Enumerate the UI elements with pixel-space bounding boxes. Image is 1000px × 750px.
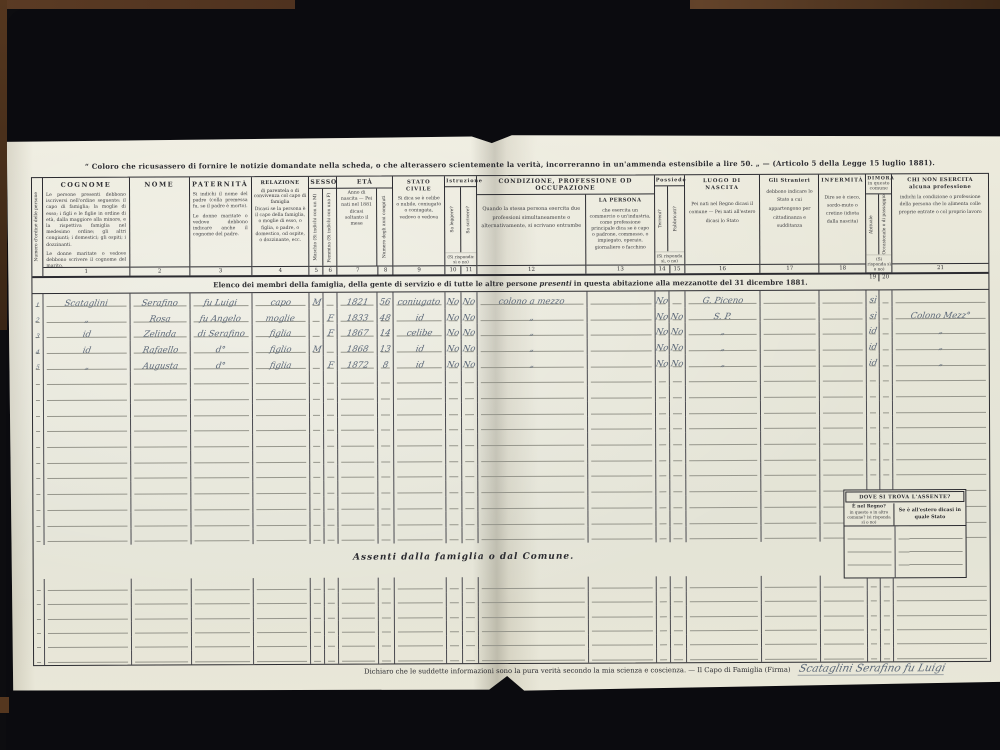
table-cell	[324, 371, 338, 387]
table-cell	[311, 578, 325, 592]
handwritten-entry: No	[446, 314, 460, 323]
handwritten-entry: 1872	[346, 361, 369, 370]
table-cell: No	[655, 338, 669, 354]
table-cell	[671, 648, 687, 662]
table-cell	[191, 481, 253, 497]
table-cell: sì	[867, 290, 880, 306]
table-cell	[339, 528, 379, 544]
table-cell	[132, 579, 192, 594]
table-cell	[252, 402, 310, 418]
table-cell	[34, 608, 45, 622]
table-cell: „	[685, 338, 761, 354]
table-cell: No	[655, 291, 669, 307]
col-femmina-label: Femmina (Si indichi con una F)	[327, 192, 332, 262]
col-stato-civile-desc: Si dica se è celibe o nubile, coniugato …	[393, 194, 444, 265]
table-cell	[395, 635, 447, 649]
table-cell	[394, 402, 446, 418]
table-cell	[762, 447, 821, 463]
table-cell	[447, 635, 463, 649]
col-number: 16	[685, 265, 760, 273]
handwritten-entry: M	[311, 299, 321, 308]
table-cell	[867, 384, 880, 400]
handwritten-entry: di Serafino	[196, 331, 245, 340]
table-cell	[880, 322, 893, 338]
table-cell	[311, 496, 325, 512]
table-cell	[880, 463, 893, 479]
table-cell	[33, 388, 44, 404]
table-cell	[378, 402, 394, 418]
table-cell: di Serafino	[190, 324, 252, 340]
table-cell	[447, 578, 463, 592]
table-cell	[324, 418, 338, 434]
table-cell	[894, 590, 990, 605]
table-cell	[463, 649, 479, 663]
table-cell	[34, 594, 45, 608]
table-cell	[671, 634, 687, 648]
handwritten-entry: No	[446, 330, 460, 339]
table-cell: No	[462, 323, 478, 339]
table-cell	[325, 607, 339, 621]
handwritten-entry: id	[868, 359, 878, 368]
table-cell: 14	[378, 324, 394, 340]
table-cell	[311, 607, 325, 621]
table-cell	[880, 400, 893, 416]
table-cell	[191, 497, 253, 513]
table-cell	[478, 370, 588, 386]
col-stato-civile: STATO CIVILE Si dica se è celibe o nubil…	[393, 176, 445, 274]
table-cell	[479, 591, 589, 606]
table-cell: No	[446, 292, 462, 308]
handwritten-entry: 56	[379, 299, 391, 308]
group-dimora: DIMORA in questo comune Abituale Occasio…	[866, 174, 892, 272]
table-cell	[191, 593, 253, 608]
table-cell	[893, 462, 989, 478]
table-cell	[339, 465, 379, 481]
table-cell	[462, 496, 478, 512]
census-table: Numero d'ordine delle persone COGNOME Le…	[31, 173, 991, 666]
table-cell: No	[655, 354, 669, 370]
table-cell	[478, 433, 588, 449]
table-cell	[379, 606, 395, 620]
handwritten-entry: 1	[35, 303, 40, 309]
table-cell: No	[446, 308, 462, 324]
table-cell: celibe	[394, 324, 446, 340]
handwritten-entry: Zelinda	[143, 331, 177, 340]
table-cell	[762, 510, 821, 526]
col-number: 21	[893, 264, 989, 272]
table-cell	[253, 434, 311, 450]
handwritten-entry: id	[415, 361, 425, 370]
table-cell	[880, 431, 893, 447]
col-stranieri-desc: debbono indicare lo Stato a cui apparten…	[760, 186, 818, 264]
table-cell	[131, 387, 191, 403]
table-cell	[379, 480, 395, 496]
handwritten-entry: d°	[215, 346, 226, 355]
table-cell	[339, 621, 379, 635]
table-cell	[446, 370, 462, 386]
handwritten-entry: 8	[382, 361, 389, 370]
table-cell	[671, 619, 687, 633]
col-number: 2	[130, 267, 189, 275]
col-number: 9	[394, 266, 445, 274]
table-cell	[311, 593, 325, 607]
table-cell	[132, 622, 192, 637]
table-cell: 1	[32, 294, 43, 310]
dove-box-estero: Se è all'estero dicasi in quale Stato	[894, 503, 965, 525]
table-cell	[463, 511, 479, 527]
table-cell	[394, 465, 446, 481]
table-cell	[44, 403, 131, 419]
table-cell	[131, 450, 191, 466]
table-cell: 8	[378, 355, 394, 371]
group-condizione-title: CONDIZIONE, PROFESSIONE OD OCCUPAZIONE	[477, 175, 654, 195]
table-cell	[462, 480, 478, 496]
table-cell	[867, 463, 880, 479]
table-cell	[33, 466, 44, 482]
table-cell	[253, 481, 311, 497]
table-cell	[656, 479, 670, 495]
table-cell	[761, 338, 820, 354]
table-cell	[821, 447, 868, 463]
table-cell	[894, 604, 990, 619]
col-relazione-desc: Dicasi se la persona è il capo della fam…	[252, 205, 309, 266]
table-cell	[191, 465, 253, 481]
table-cell: coniugato	[394, 292, 446, 308]
col-relazione-sub: di parentela o di convivenza col capo di…	[252, 188, 309, 205]
table-cell	[588, 464, 656, 480]
table-cell	[868, 590, 881, 604]
table-cell	[33, 372, 44, 388]
handwritten-entry: id	[868, 343, 878, 352]
table-cell	[395, 480, 447, 496]
handwritten-entry: 1833	[346, 314, 369, 323]
col-number: 13	[587, 265, 655, 273]
table-cell: sì	[867, 306, 880, 322]
col-infermita-desc: Dire se è cieco, sordo-muto o cretino (i…	[819, 186, 865, 264]
table-cell	[325, 578, 339, 592]
table-cell	[325, 449, 339, 465]
handwritten-entry: moglie	[265, 315, 296, 324]
handwritten-entry: 13	[379, 346, 391, 355]
handwritten-entry: F	[327, 315, 334, 324]
table-cell	[379, 578, 395, 592]
table-cell	[447, 649, 463, 663]
table-cell	[657, 634, 671, 648]
table-cell	[33, 404, 44, 420]
table-cell	[253, 497, 311, 513]
table-cell	[761, 416, 820, 432]
table-cell: colono a mezzo	[478, 292, 588, 308]
table-cell	[686, 432, 762, 448]
table-cell	[478, 417, 588, 433]
table-cell	[462, 464, 478, 480]
table-cell	[310, 371, 324, 387]
handwritten-entry: „	[938, 343, 944, 352]
table-cell	[762, 605, 821, 620]
group-possiede: Possiede Terreni? Fabbricati? (Si rispon…	[655, 175, 685, 273]
table-cell	[588, 338, 656, 354]
table-cell	[44, 529, 131, 545]
table-cell	[867, 400, 880, 416]
table-cell	[254, 635, 312, 650]
table-cell	[686, 495, 762, 511]
col-relazione: RELAZIONE di parentela o di convivenza c…	[252, 177, 310, 275]
table-cell	[462, 417, 478, 433]
table-cell	[761, 353, 820, 369]
assenti-heading: Assenti dalla famiglia o dal Comune.	[34, 550, 894, 564]
table-cell: 4	[33, 341, 44, 357]
table-cell	[131, 403, 191, 419]
table-cell	[867, 431, 880, 447]
table-cell	[379, 465, 395, 481]
handwritten-entry: No	[670, 344, 684, 353]
group-possiede-title: Possiede	[655, 175, 684, 186]
table-cell: Scataglini	[43, 294, 130, 310]
table-cell: „	[685, 354, 761, 370]
table-cell: 1821	[338, 292, 378, 308]
table-cell	[820, 337, 867, 353]
table-cell: id	[867, 337, 880, 353]
col-number: 1	[43, 268, 129, 276]
table-cell	[33, 498, 44, 514]
table-cell	[132, 650, 192, 665]
table-cell	[479, 606, 589, 621]
table-cell	[324, 434, 338, 450]
table-cell: No	[655, 307, 669, 323]
col-anno-nascita-label: Anno di nascita — Pei nati nel 1881 dica…	[337, 189, 376, 266]
table-cell: id	[867, 353, 880, 369]
col-anni-compiuti-label: Numero degli anni compiuti	[382, 196, 387, 259]
table-cell	[867, 369, 880, 385]
table-cell	[686, 479, 762, 495]
table-cell	[763, 647, 822, 662]
table-cell	[670, 385, 686, 401]
table-cell	[338, 402, 378, 418]
table-cell	[588, 448, 656, 464]
table-cell	[253, 512, 311, 528]
table-cell	[311, 512, 325, 528]
table-cell	[588, 417, 656, 433]
table-cell	[192, 650, 254, 665]
table-cell	[191, 528, 253, 544]
table-cell	[868, 647, 881, 661]
table-cell	[686, 463, 762, 479]
table-cell	[656, 401, 670, 417]
table-cell: Rafaello	[130, 340, 190, 356]
table-cell: fu Angelo	[190, 309, 252, 325]
table-cell	[478, 464, 588, 480]
table-cell: fu Luigi	[190, 293, 252, 309]
table-cell	[131, 434, 191, 450]
table-cell: No	[462, 355, 478, 371]
table-cell	[446, 465, 462, 481]
table-cell	[395, 621, 447, 635]
table-cell	[762, 432, 821, 448]
col-luogo-nascita: LUOGO DI NASCITA Pei nati nel Regno dica…	[685, 175, 761, 273]
table-cell: Rosa	[130, 309, 190, 325]
table-cell	[686, 576, 762, 591]
table-cell	[338, 434, 378, 450]
table-cell	[311, 434, 325, 450]
handwritten-entry: Scataglini	[64, 300, 109, 309]
table-cell	[821, 633, 868, 647]
table-cell: 1833	[338, 308, 378, 324]
table-cell	[893, 368, 989, 384]
col-relazione-title: RELAZIONE	[252, 177, 309, 189]
table-cell	[478, 386, 588, 402]
table-cell	[820, 306, 867, 322]
col-la-persona-desc: che esercita un commercio o un'industria…	[586, 206, 654, 265]
table-cell	[670, 495, 686, 511]
dove-box-ruled-lines	[844, 526, 965, 578]
table-cell	[338, 371, 378, 387]
table-cell	[656, 432, 670, 448]
table-cell: moglie	[252, 308, 310, 324]
table-cell	[253, 607, 311, 622]
table-cell	[656, 526, 670, 542]
handwritten-entry: No	[446, 361, 460, 370]
table-cell	[447, 512, 463, 528]
table-cell: No	[446, 339, 462, 355]
table-cell	[762, 463, 821, 479]
handwritten-entry: „	[938, 328, 944, 337]
group-eta-title: ETÀ	[337, 177, 392, 189]
group-istruzione: Istruzione Sa leggere? Sa scrivere? (Si …	[445, 176, 477, 274]
handwritten-entry: No	[462, 314, 476, 323]
table-cell	[589, 577, 657, 592]
table-cell: „	[478, 323, 588, 339]
handwritten-entry: „	[84, 363, 90, 372]
table-cell	[253, 578, 311, 593]
table-cell	[868, 633, 881, 647]
col-paternita-desc: Si indichi il nome del padre (colla prem…	[190, 190, 251, 266]
table-cell	[252, 387, 310, 403]
table-cell	[253, 418, 311, 434]
col-cognome-title: COGNOME	[43, 178, 129, 191]
handwritten-entry: 5	[35, 365, 40, 371]
table-cell	[463, 527, 479, 543]
table-cell	[192, 621, 254, 636]
table-cell	[45, 636, 132, 651]
table-cell	[867, 447, 880, 463]
table-cell	[395, 496, 447, 512]
table-cell	[880, 369, 893, 385]
table-cell: „	[44, 309, 131, 325]
declaration-line: Dichiaro che le suddette informazioni so…	[364, 662, 1000, 678]
table-cell	[394, 449, 446, 465]
table-cell	[867, 416, 880, 432]
table-cell	[311, 621, 325, 635]
table-cell: 5	[33, 357, 44, 373]
table-cell	[191, 434, 253, 450]
handwritten-entry: figlia	[269, 330, 292, 339]
table-cell	[670, 511, 686, 527]
table-cell	[686, 401, 762, 417]
group-possiede-note: (Si risponda sì, o no)	[655, 251, 684, 264]
handwritten-entry: Rosa	[149, 315, 171, 324]
table-cell	[338, 387, 378, 403]
table-cell	[820, 384, 867, 400]
handwritten-entry: „	[84, 316, 90, 325]
table-cell: Colono Mezz°	[893, 305, 989, 321]
table-cell	[447, 592, 463, 606]
handwritten-entry: id	[415, 345, 425, 354]
handwritten-entry: „	[720, 344, 726, 353]
handwritten-entry: id	[82, 347, 92, 356]
table-cell: Zelinda	[130, 325, 190, 341]
handwritten-entry: „	[529, 345, 535, 354]
table-cell	[339, 607, 379, 621]
table-cell	[462, 449, 478, 465]
group-dimora-sub: in questo comune	[867, 181, 890, 191]
table-cell	[44, 388, 131, 404]
table-cell	[447, 527, 463, 543]
table-cell	[656, 448, 670, 464]
table-cell	[880, 384, 893, 400]
table-cell	[394, 371, 446, 387]
table-cell	[893, 447, 989, 463]
group-eta: ETÀ Anno di nascita — Pei nati nel 1881 …	[337, 176, 393, 274]
table-cell	[670, 591, 686, 605]
table-cell: d°	[190, 340, 252, 356]
table-cell: F	[324, 355, 338, 371]
table-cell	[446, 496, 462, 512]
table-cell: id	[394, 339, 446, 355]
table-cell: F	[324, 308, 338, 324]
table-cell	[379, 621, 395, 635]
handwritten-entry: 14	[379, 330, 391, 339]
table-cell	[324, 340, 338, 356]
table-cell	[325, 621, 339, 635]
table-cell	[44, 482, 131, 498]
table-cell	[324, 387, 338, 403]
table-cell	[379, 649, 395, 663]
table-cell	[34, 637, 45, 651]
table-cell	[686, 448, 762, 464]
table-cell	[254, 650, 312, 665]
handwritten-entry: fu Angelo	[199, 315, 242, 324]
table-cell	[479, 634, 589, 649]
table-cell	[191, 450, 253, 466]
table-cell	[479, 527, 589, 543]
handwritten-entry: „	[720, 360, 726, 369]
handwritten-entry: 2	[35, 318, 40, 324]
table-cell	[656, 385, 670, 401]
handwritten-entry: 1868	[346, 346, 369, 355]
table-cell	[253, 593, 311, 608]
handwritten-entry: id	[868, 328, 878, 337]
col-number: 18	[820, 264, 866, 272]
table-cell	[670, 448, 686, 464]
table-header: Numero d'ordine delle persone COGNOME Le…	[32, 174, 988, 278]
handwritten-entry: id	[82, 331, 92, 340]
handwritten-entry: 3	[35, 334, 40, 340]
table-cell	[310, 355, 324, 371]
table-cell	[761, 322, 820, 338]
handwritten-entry: G. Piceno	[701, 297, 743, 306]
table-cell	[311, 481, 325, 497]
col-stranieri: Gli Stranieri debbono indicare lo Stato …	[760, 175, 819, 273]
table-cell	[670, 464, 686, 480]
table-cell	[45, 593, 132, 608]
table-cell	[34, 651, 45, 665]
col-occasionale-label: Occasionale o di passaggio	[883, 194, 888, 254]
table-cell: Augusta	[131, 356, 191, 372]
table-cell	[339, 481, 379, 497]
handwritten-entry: capo	[270, 299, 292, 308]
table-cell	[394, 433, 446, 449]
table-cell	[880, 306, 893, 322]
